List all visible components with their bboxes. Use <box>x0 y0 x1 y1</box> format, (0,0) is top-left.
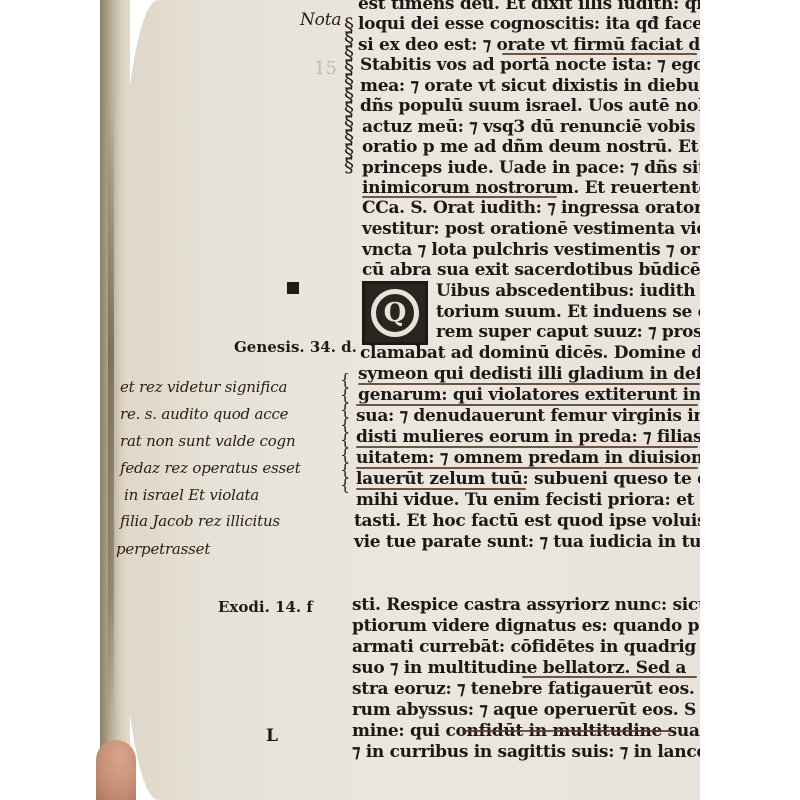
margin-mark-bottom: L <box>266 726 278 746</box>
text-line: sti. Respice castra assyriorz nunc: sicu… <box>352 595 700 615</box>
decorated-initial: Q <box>362 281 428 345</box>
manuscript-underline <box>502 53 697 55</box>
manuscript-annotation-line: filia Jacob rez illicitus <box>120 512 280 530</box>
text-line: disti mulieres eorum in preda: ⁊ filias … <box>356 427 700 447</box>
initial-letter: Q <box>371 289 419 337</box>
manuscript-underline <box>358 383 700 385</box>
manuscript-squiggle-bracket-mid: {{{{{{{{ <box>340 372 350 492</box>
text-line: princeps iude. Uade in pace: ⁊ dñs sit t… <box>362 158 700 178</box>
text-line: inimicorum nostrorum. Et reuertentes ab <box>362 178 700 198</box>
text-line: oratio p me ad dñm deum nostrū. Et dixit <box>362 137 700 157</box>
text-line: tasti. Et hoc factū est quod ipse voluis… <box>354 511 700 531</box>
manuscript-annotation-line: et rez videtur significa <box>120 378 287 396</box>
manuscript-annotation-line: fedaz rez operatus esset <box>120 459 301 477</box>
text-line: cū abra sua exit sacerdotibus būdicētibu <box>362 260 700 280</box>
manuscript-annotation-line: rat non sunt valde cogn <box>120 432 295 450</box>
text-line: uitatem: ⁊ omnem predam in diuisione <box>356 448 700 468</box>
text-line: actuz meū: ⁊ vsq3 dū renunciē vobis nihi… <box>362 117 700 137</box>
text-line: armati currebāt: cōfidētes in quadrig <box>352 637 696 657</box>
printed-text-column: est timens deū. Et dixit illis iudith: q… <box>352 0 700 800</box>
thumb <box>96 740 136 800</box>
text-line: suo ⁊ in multitudine bellatorz. Sed a <box>352 658 686 678</box>
text-line: vncta ⁊ lota pulchris vestimentis ⁊ orna… <box>362 240 700 260</box>
text-line: genarum: qui violatores extiterunt inco <box>358 385 700 405</box>
text-line: loqui dei esse cognoscitis: ita qđ facer… <box>358 14 700 34</box>
text-line: dñs populū suum israel. Uos autē nolo v <box>360 96 700 116</box>
text-line-chapter-heading: CCa. S. Orat iudith: ⁊ ingressa orator <box>362 198 700 218</box>
text-line: ptiorum videre dignatus es: quando p <box>352 616 699 636</box>
faint-page-mark: 15 <box>314 58 337 79</box>
text-line: sua: ⁊ denudauerunt femur virginis in c <box>356 406 700 426</box>
text-line: rem super caput suuz: ⁊ prosterne <box>436 322 700 342</box>
text-line: vestitur: post orationē vestimenta vidui… <box>362 219 700 239</box>
text-line: lauerūt zelum tuū: subueni queso te dor <box>356 469 700 489</box>
manuscript-underline <box>522 676 697 678</box>
book-fore-edge <box>100 0 130 800</box>
text-line: mihi vidue. Tu enim fecisti priora: et i… <box>356 490 700 510</box>
margin-ref-exodus: Exodi. 14. f <box>218 598 313 616</box>
manuscript-underline <box>356 446 698 448</box>
text-line: rum abyssus: ⁊ aque operuerūt eos. S <box>352 700 696 720</box>
margin-ref-genesis: Genesis. 34. d. <box>234 338 357 356</box>
text-line: Stabitis vos ad portā nocte ista: ⁊ ego … <box>360 55 700 75</box>
manuscript-annotation-line: perpetrasset <box>116 540 210 558</box>
text-line: clamabat ad dominū dicēs. Domine de <box>360 343 700 363</box>
manuscript-annotation-line: in israel Et violata <box>124 486 259 504</box>
text-line: ⁊ in curribus in sagittis suis: ⁊ in lan… <box>352 742 700 762</box>
manuscript-annotation-line: re. s. audito quod acce <box>120 405 288 423</box>
background-right <box>700 0 800 800</box>
photo-scene: 15 Nota §§§§§§§§§§§ est timens deū. Et d… <box>0 0 800 800</box>
text-line: symeon qui dedisti illi gladium in defen… <box>358 364 700 384</box>
text-line: si ex deo est: ⁊ orate vt firmū faciat d… <box>358 35 700 55</box>
manuscript-underline <box>462 730 672 732</box>
text-line: Uibus abscedentibus: iudith in <box>436 281 700 301</box>
manuscript-underline <box>356 467 698 469</box>
text-line: vie tue parate sunt: ⁊ tua iudicia in tu… <box>354 532 700 552</box>
manuscript-nota: Nota <box>300 10 341 30</box>
page-edge-shadow <box>108 100 114 720</box>
text-line: stra eoruz: ⁊ tenebre fatigauerūt eos. D <box>352 679 700 699</box>
text-line: est timens deū. Et dixit illis iudith: q… <box>358 0 700 14</box>
manuscript-underline <box>356 488 526 490</box>
printed-margin-mark <box>287 282 299 294</box>
text-line: torium suum. Et induens se cilici <box>436 302 700 322</box>
manuscript-underline <box>356 404 698 406</box>
text-line: mea: ⁊ orate vt sicut dixistis in diebus… <box>360 76 700 96</box>
manuscript-underline <box>362 196 557 198</box>
